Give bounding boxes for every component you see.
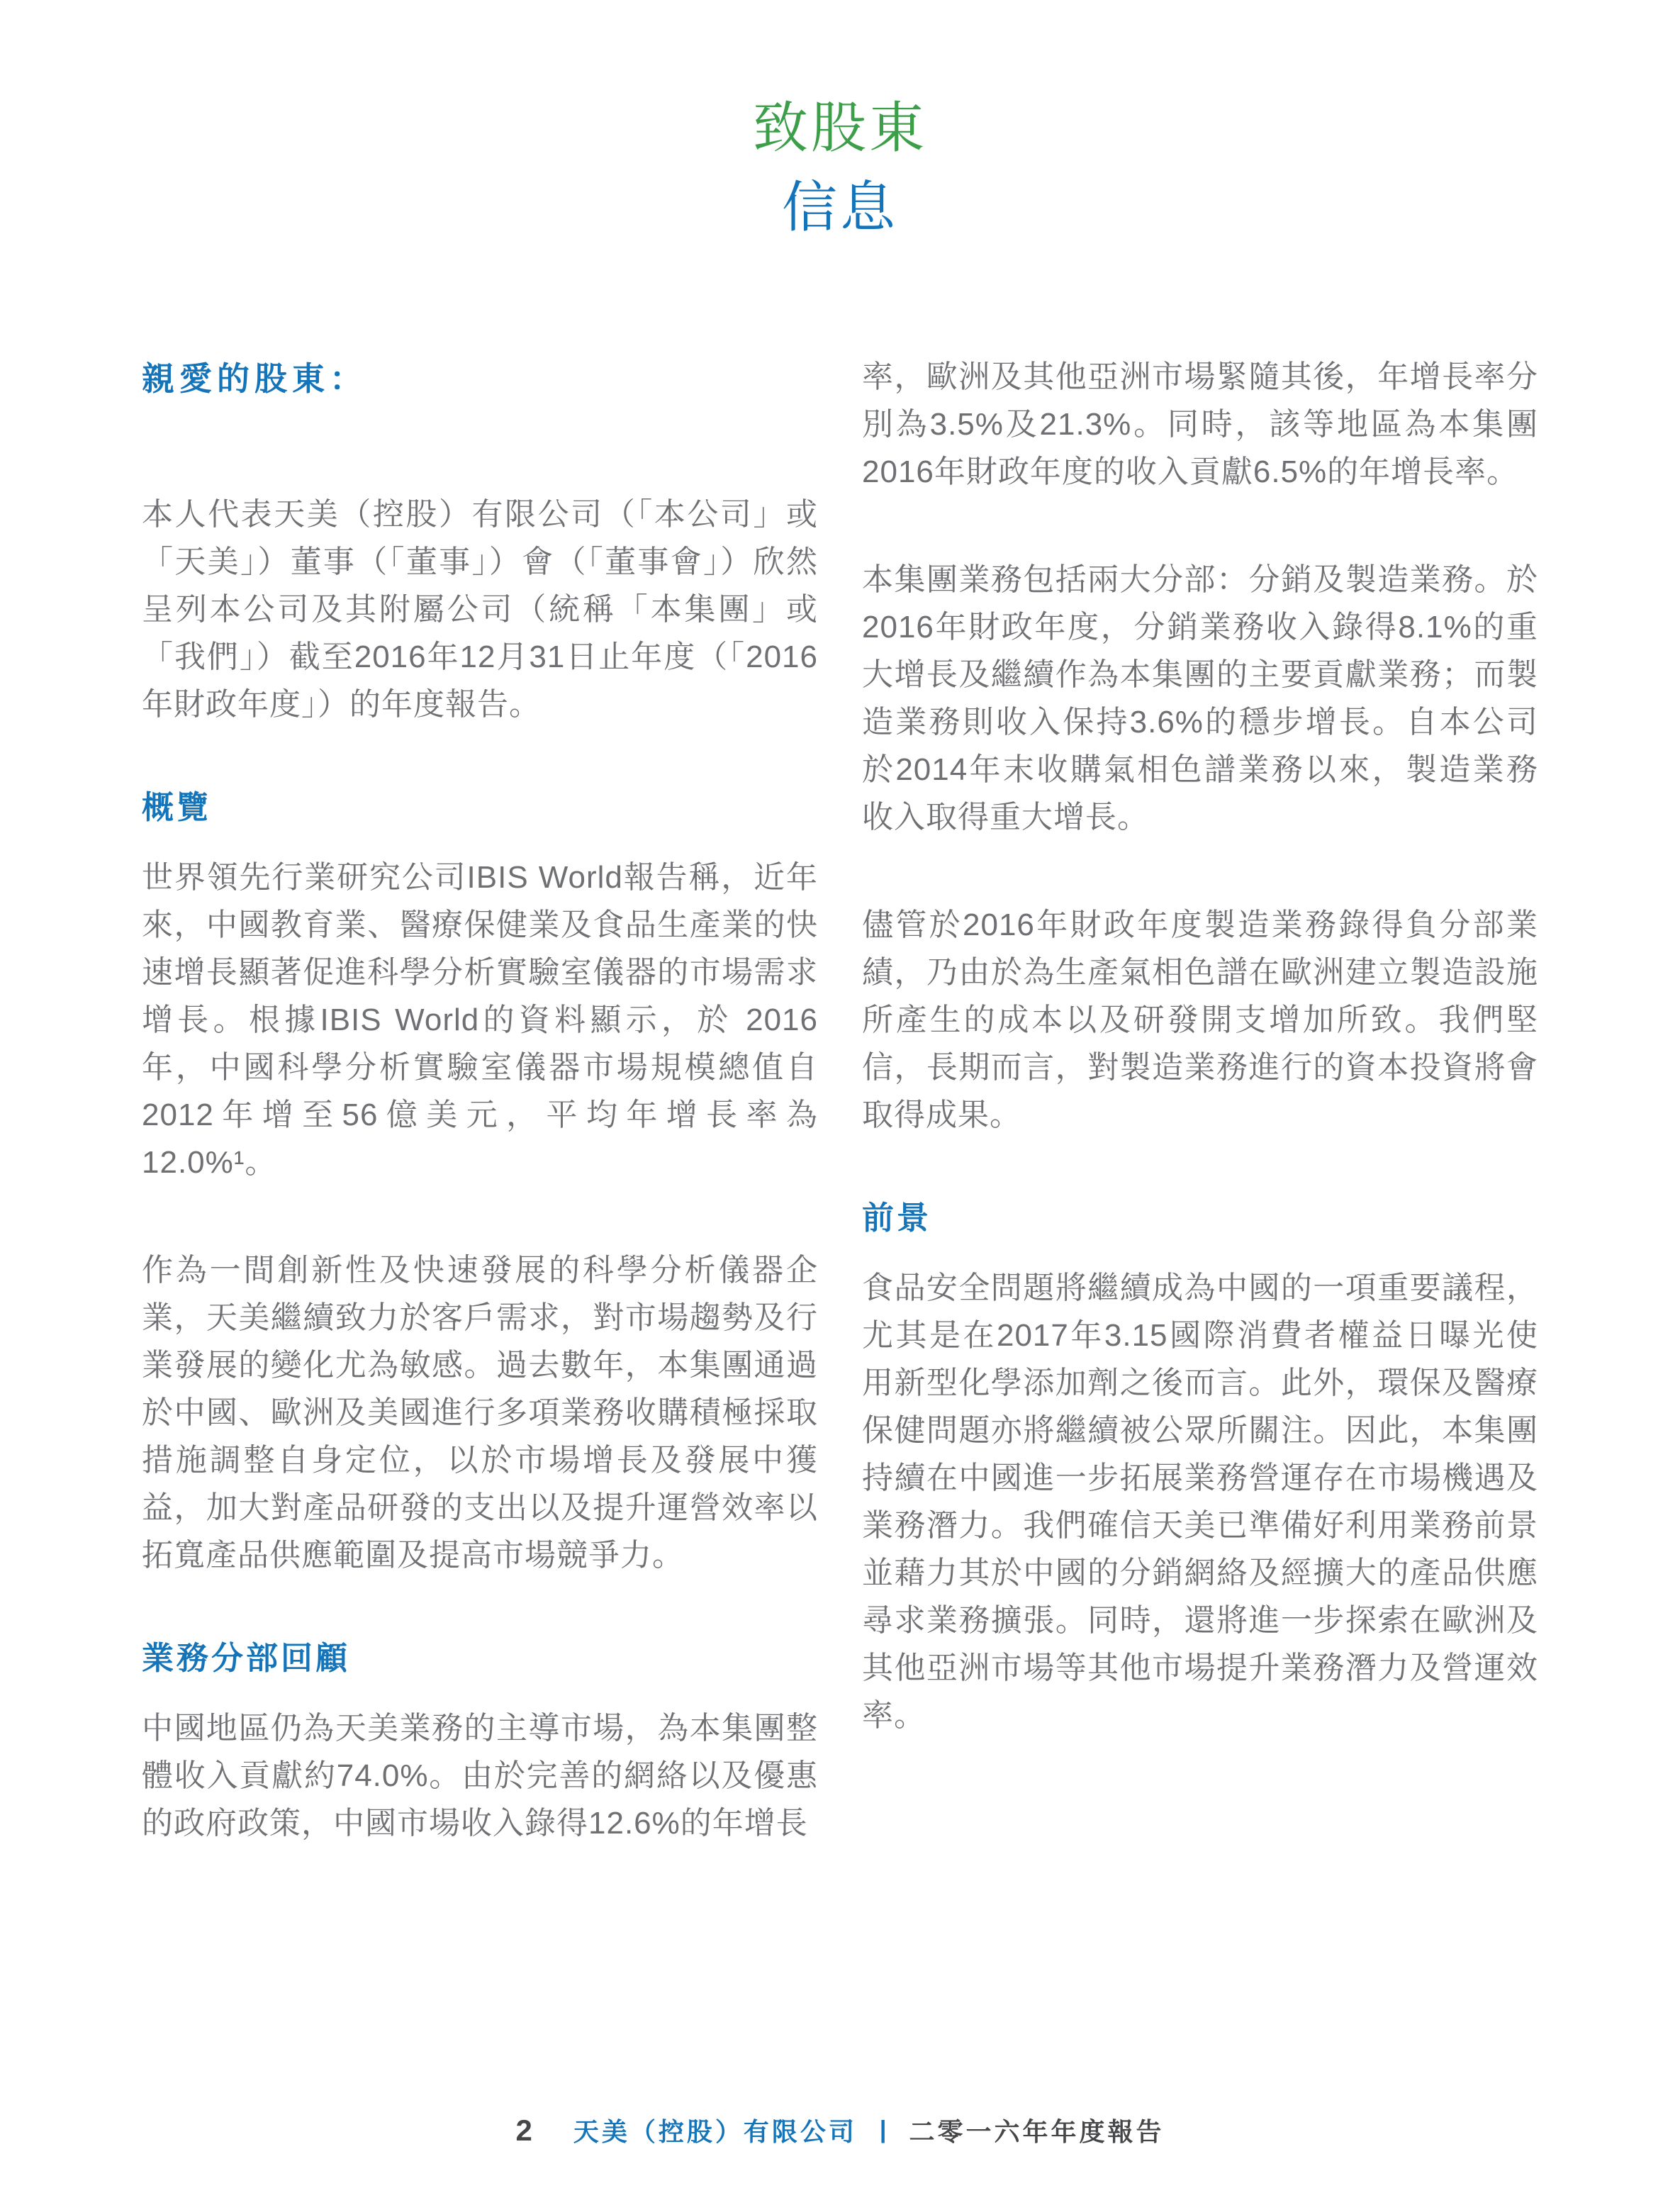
left-column: 親愛的股東： 本人代表天美（控股）有限公司（「本公司」或「天美」）董事（「董事」… [142, 353, 818, 1907]
overview-paragraph-2: 作為一間創新性及快速發展的科學分析儀器企業，天美繼續致力於客戶需求，對市場趨勢及… [142, 1246, 818, 1579]
two-segments-paragraph: 本集團業務包括兩大分部：分銷及製造業務。於2016年財政年度，分銷業務收入錄得8… [862, 556, 1538, 841]
outlook-heading: 前景 [862, 1199, 1538, 1237]
page-title-line-2: 信息 [0, 180, 1680, 235]
business-segments-heading: 業務分部回顧 [142, 1639, 818, 1678]
outlook-paragraph: 食品安全問題將繼續成為中國的一項重要議程，尤其是在2017年3.15國際消費者權… [862, 1264, 1538, 1739]
salutation-heading: 親愛的股東： [142, 353, 818, 400]
footer-report-title: 二零一六年年度報告 [909, 2112, 1164, 2148]
footer-page-number: 2 [516, 2114, 532, 2148]
page-title-line-1: 致股東 [0, 101, 1680, 156]
page-title: 致股東 信息 [0, 0, 1680, 235]
page-footer: 2 天美（控股）有限公司 | 二零一六年年度報告 [0, 2112, 1680, 2148]
manufacturing-paragraph: 儘管於2016年財政年度製造業務錄得負分部業績，乃由於為生產氣相色譜在歐洲建立製… [862, 901, 1538, 1139]
content-columns: 親愛的股東： 本人代表天美（控股）有限公司（「本公司」或「天美」）董事（「董事」… [0, 353, 1680, 1907]
overview-paragraph-1: 世界領先行業研究公司IBIS World報告稱，近年來，中國教育業、醫療保健業及… [142, 854, 818, 1186]
segments-continued-paragraph: 率，歐洲及其他亞洲市場緊隨其後，年增長率分別為3.5%及21.3%。同時，該等地… [862, 353, 1538, 496]
report-page: 致股東 信息 親愛的股東： 本人代表天美（控股）有限公司（「本公司」或「天美」）… [0, 0, 1680, 2188]
right-column: 率，歐洲及其他亞洲市場緊隨其後，年增長率分別為3.5%及21.3%。同時，該等地… [862, 353, 1538, 1799]
overview-heading: 概覽 [142, 788, 818, 827]
footer-separator: | [880, 2116, 887, 2144]
footer-company-name: 天美（控股）有限公司 [573, 2112, 857, 2148]
segments-paragraph: 中國地區仍為天美業務的主導市場，為本集團整體收入貢獻約74.0%。由於完善的網絡… [142, 1704, 818, 1847]
intro-paragraph: 本人代表天美（控股）有限公司（「本公司」或「天美」）董事（「董事」）會（「董事會… [142, 491, 818, 728]
